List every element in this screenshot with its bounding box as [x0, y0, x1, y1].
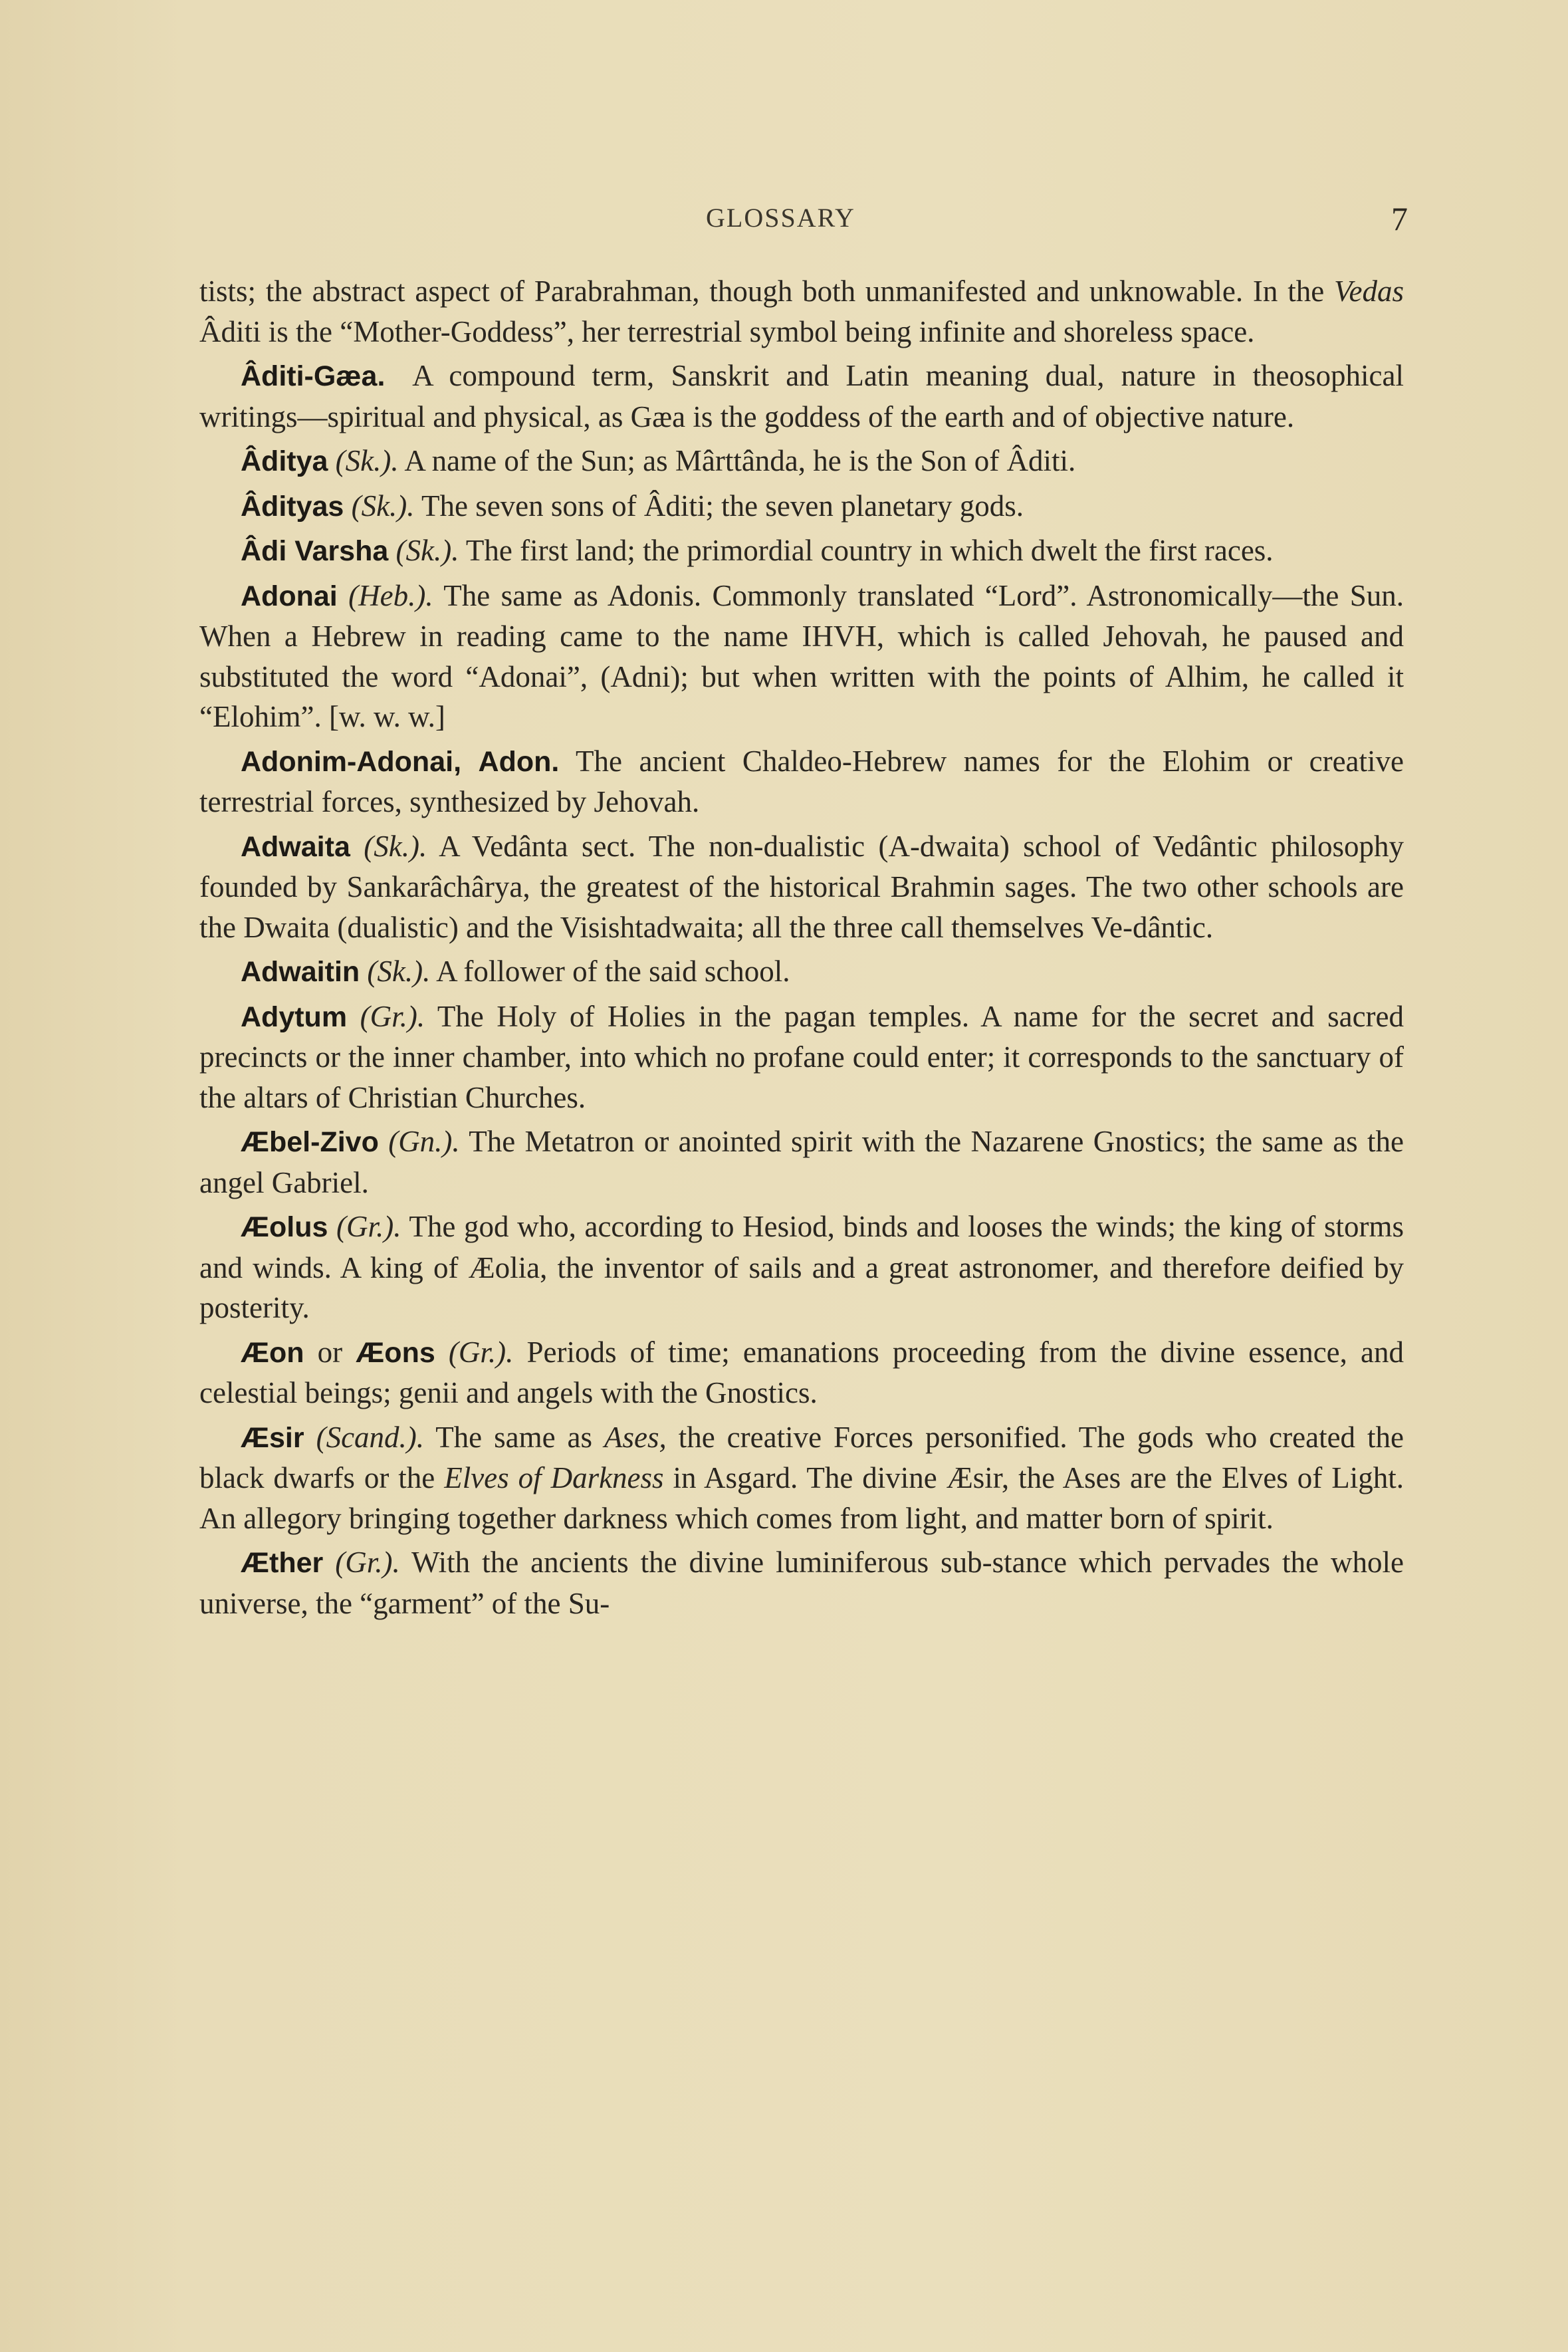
headword: Adonim-Adonai, [241, 746, 461, 778]
page-number: 7 [1391, 199, 1408, 238]
language-tag: (Gr.). [336, 1210, 401, 1243]
headword: Adonai [241, 580, 338, 612]
glossary-entry: Adonai (Heb.). The same as Adonis. Commo… [199, 576, 1404, 737]
language-tag: (Gr.). [449, 1336, 514, 1369]
headword: Âditya [241, 445, 328, 477]
continued-text: tists; the abstract aspect of Parabrahma… [199, 275, 1334, 308]
language-tag: (Gr.). [360, 1000, 425, 1033]
language-tag: (Sk.). [367, 955, 430, 988]
joiner: or [318, 1336, 343, 1369]
glossary-entry: Âdityas (Sk.). The seven sons of Âditi; … [199, 486, 1404, 527]
continued-text: Âditi is the “Mother-Goddess”, her terre… [199, 315, 1254, 348]
definition: A follower of the said school. [436, 955, 790, 988]
glossary-entry: Adonim-Adonai, Adon. The ancient Chaldeo… [199, 741, 1404, 822]
headword: Æon [241, 1337, 304, 1369]
running-title: GLOSSARY [706, 202, 855, 233]
definition: The Metatron or anointed spirit with the… [199, 1125, 1404, 1199]
italic-term: Elves of Darkness [444, 1461, 663, 1494]
glossary-entry: Æbel-Zivo (Gn.). The Metatron or anointe… [199, 1121, 1404, 1203]
headword: Æsir [241, 1422, 304, 1454]
language-tag: (Gr.). [335, 1546, 400, 1579]
running-header: GLOSSARY 7 [199, 199, 1404, 239]
headword: Æbel-Zivo [241, 1126, 379, 1158]
definition: The same as [435, 1421, 604, 1454]
glossary-entry: Âditya (Sk.). A name of the Sun; as Mârt… [199, 441, 1404, 482]
continued-paragraph: tists; the abstract aspect of Parabrahma… [199, 271, 1404, 352]
glossary-entry: Adwaita (Sk.). A Vedânta sect. The non-d… [199, 826, 1404, 948]
glossary-entry: Âditi-Gæa. A compound term, Sanskrit and… [199, 356, 1404, 437]
headword-alt: Æons [356, 1337, 435, 1369]
headword: Âdityas [241, 491, 344, 523]
headword-alt: Adon. [479, 746, 560, 778]
definition: The seven sons of Âditi; the seven plane… [421, 489, 1024, 523]
definition: The first land; the primordial country i… [466, 534, 1274, 567]
language-tag: (Sk.). [364, 830, 427, 863]
glossary-entry: Âdi Varsha (Sk.). The first land; the pr… [199, 530, 1404, 572]
italic-term: Vedas [1334, 275, 1404, 308]
headword: Âditi-Gæa. [241, 360, 385, 392]
headword: Adytum [241, 1001, 347, 1033]
language-tag: (Heb.). [348, 579, 433, 612]
glossary-body: tists; the abstract aspect of Parabrahma… [199, 271, 1404, 1627]
glossary-entry: Æolus (Gr.). The god who, according to H… [199, 1207, 1404, 1328]
language-tag: (Sk.). [336, 444, 399, 477]
language-tag: (Sk.). [396, 534, 459, 567]
headword: Adwaita [241, 831, 350, 863]
language-tag: (Scand.). [316, 1421, 424, 1454]
headword: Adwaitin [241, 956, 360, 988]
headword: Æther [241, 1547, 323, 1579]
italic-term: Ases, [604, 1421, 667, 1454]
glossary-entry: Æsir (Scand.). The same as Ases, the cre… [199, 1417, 1404, 1539]
headword: Æolus [241, 1211, 328, 1243]
glossary-entry: Adwaitin (Sk.). A follower of the said s… [199, 951, 1404, 993]
glossary-entry: Æther (Gr.). With the ancients the divin… [199, 1542, 1404, 1623]
glossary-entry: Æon or Æons (Gr.). Periods of time; eman… [199, 1332, 1404, 1413]
headword: Âdi Varsha [241, 535, 388, 567]
language-tag: (Sk.). [352, 489, 415, 523]
language-tag: (Gn.). [388, 1125, 459, 1158]
glossary-entry: Adytum (Gr.). The Holy of Holies in the … [199, 997, 1404, 1118]
definition: A name of the Sun; as Mârttânda, he is t… [404, 444, 1075, 477]
